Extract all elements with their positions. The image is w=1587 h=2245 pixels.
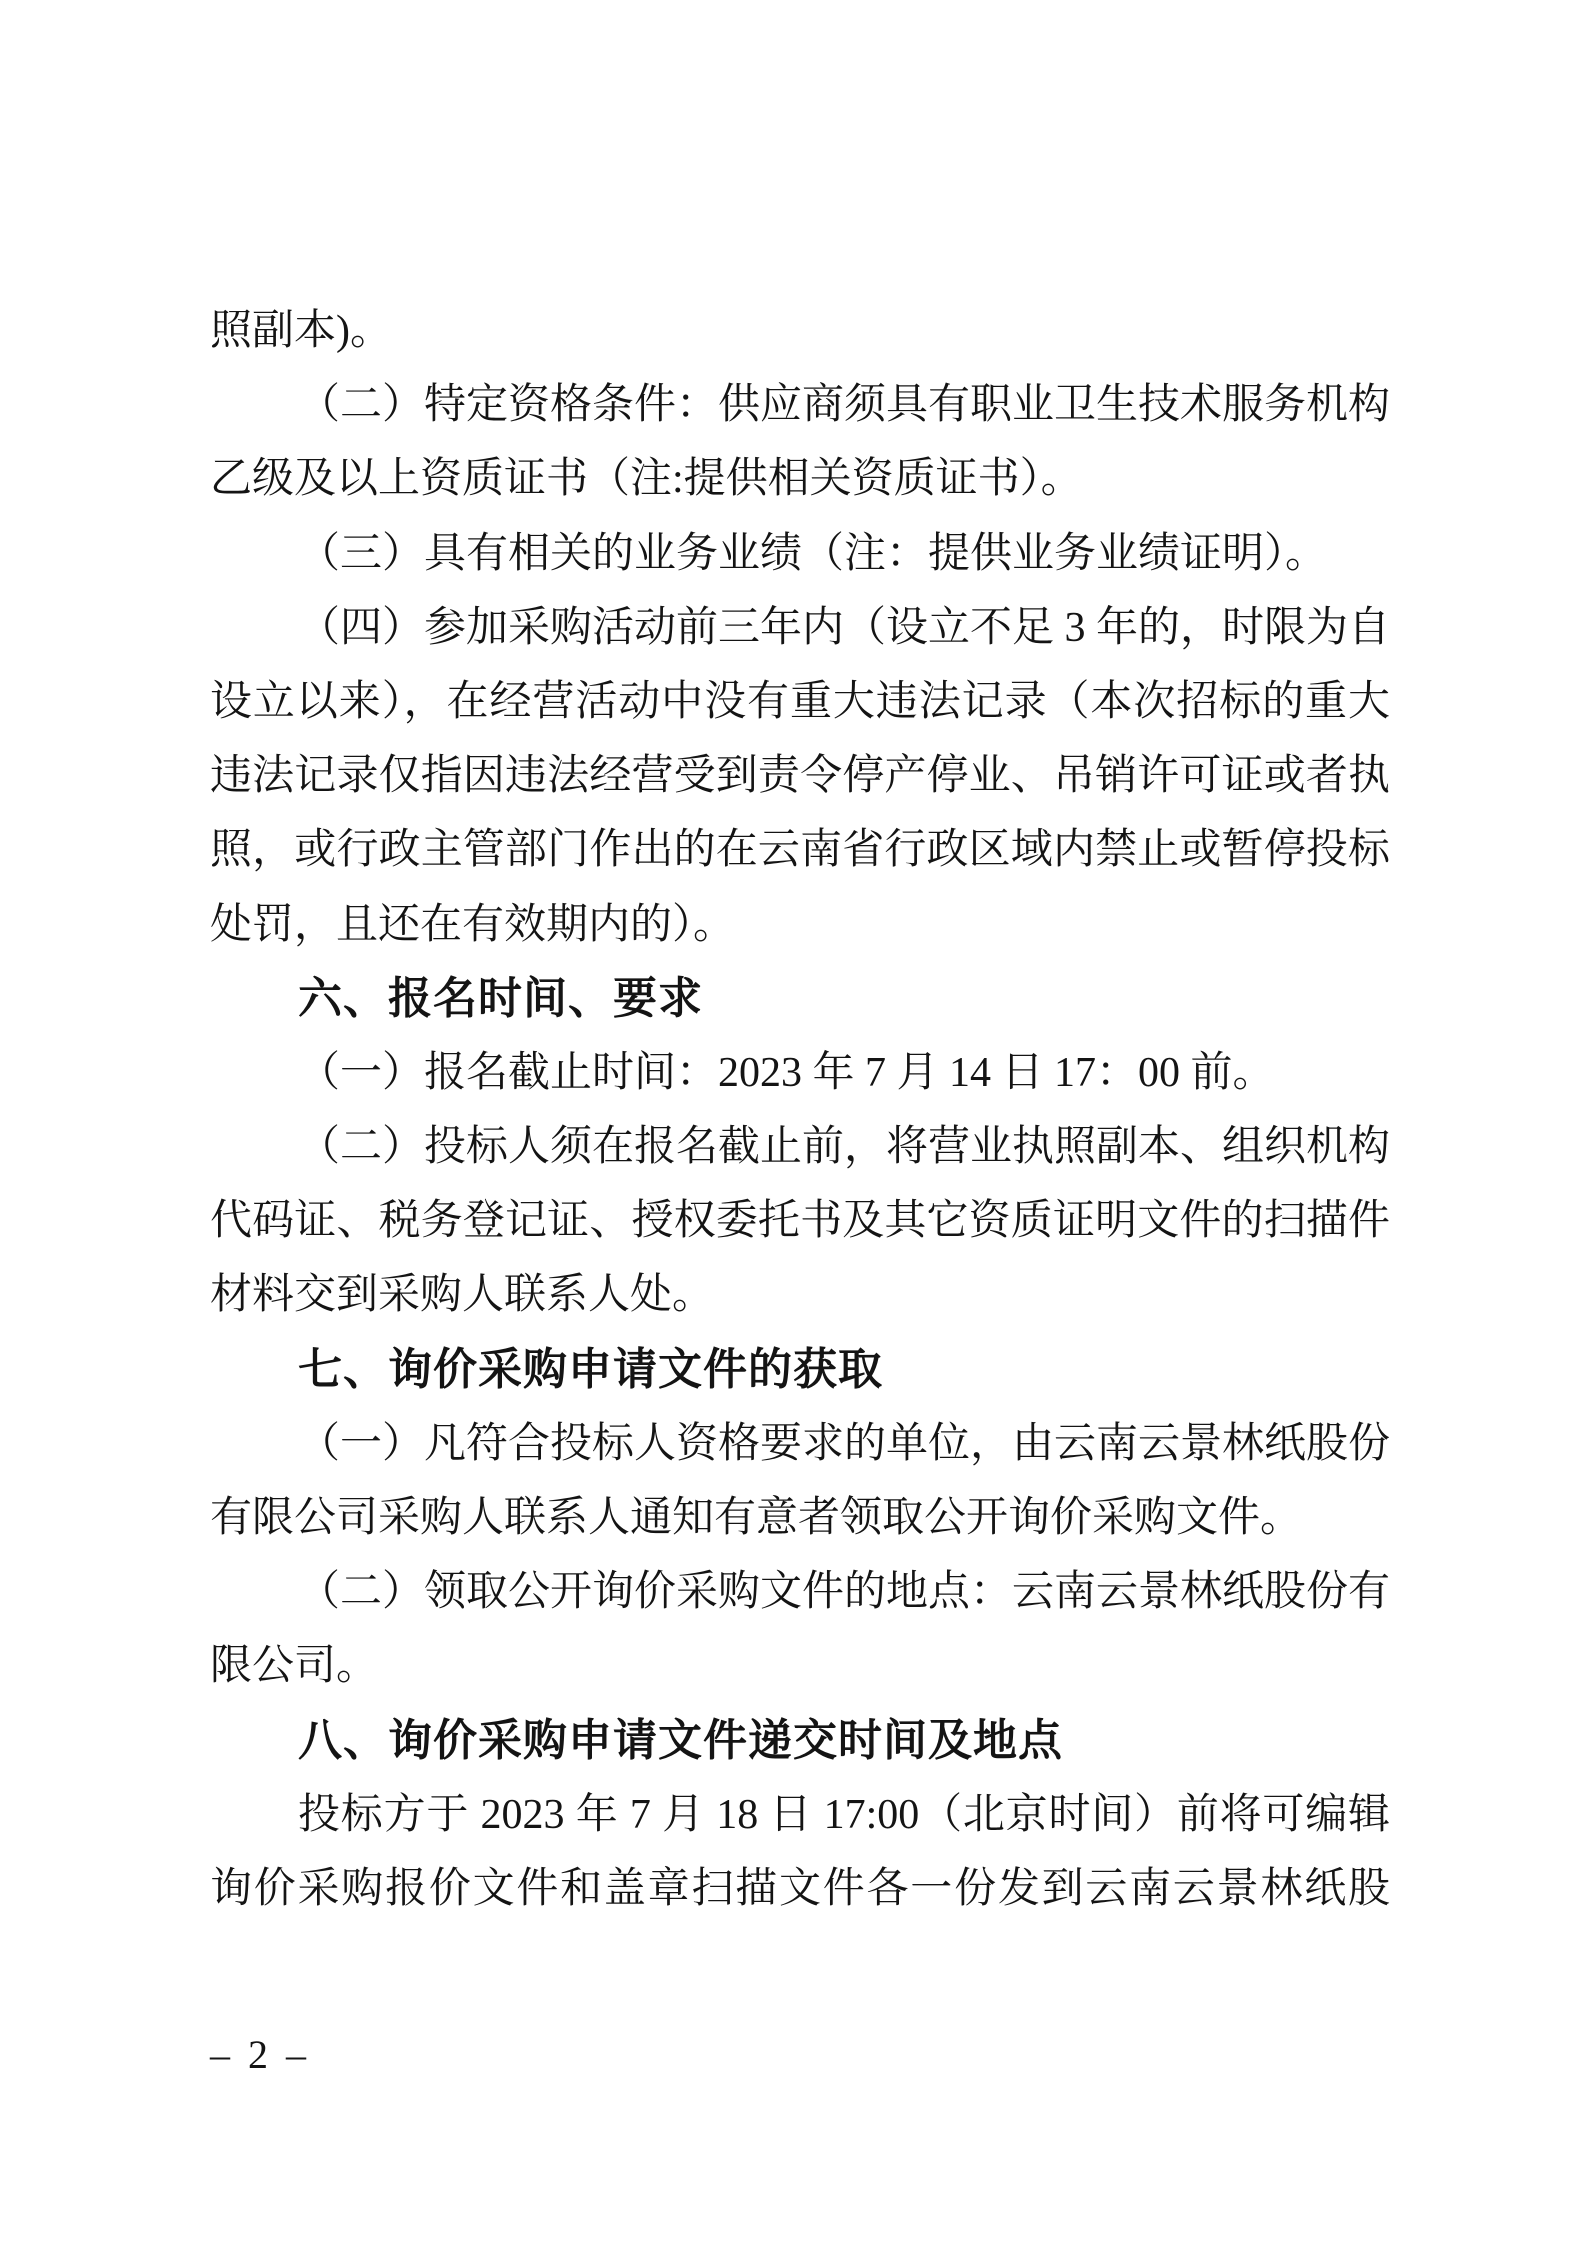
text-line: （一）报名截止时间：2023 年 7 月 14 日 17：00 前。 <box>210 1036 1390 1110</box>
text-line: 材料交到采购人联系人处。 <box>210 1258 1390 1332</box>
text-line: 乙级及以上资质证书（注:提供相关资质证书）。 <box>210 442 1390 516</box>
text-line: （四）参加采购活动前三年内（设立不足 3 年的，时限为自 <box>210 591 1390 665</box>
text-line: 照，或行政主管部门作出的在云南省行政区域内禁止或暂停投标 <box>210 813 1390 887</box>
text-line: 代码证、税务登记证、授权委托书及其它资质证明文件的扫描件 <box>210 1184 1390 1258</box>
text-line: （二）特定资格条件：供应商须具有职业卫生技术服务机构 <box>210 368 1390 442</box>
document-body: 照副本)。（二）特定资格条件：供应商须具有职业卫生技术服务机构乙级及以上资质证书… <box>210 294 1390 1926</box>
text-line: （二）领取公开询价采购文件的地点：云南云景林纸股份有 <box>210 1555 1390 1629</box>
section-heading: 七、询价采购申请文件的获取 <box>210 1333 1390 1407</box>
text-line: 限公司。 <box>210 1629 1390 1703</box>
section-heading: 六、报名时间、要求 <box>210 962 1390 1036</box>
text-line: 投标方于 2023 年 7 月 18 日 17:00（北京时间）前将可编辑 <box>210 1778 1390 1852</box>
text-line: （二）投标人须在报名截止前，将营业执照副本、组织机构 <box>210 1110 1390 1184</box>
text-line: 违法记录仅指因违法经营受到责令停产停业、吊销许可证或者执 <box>210 739 1390 813</box>
text-line: （三）具有相关的业务业绩（注：提供业务业绩证明）。 <box>210 517 1390 591</box>
text-line: 处罚，且还在有效期内的）。 <box>210 888 1390 962</box>
text-line: 询价采购报价文件和盖章扫描文件各一份发到云南云景林纸股 <box>210 1852 1390 1926</box>
text-line: 有限公司采购人联系人通知有意者领取公开询价采购文件。 <box>210 1481 1390 1555</box>
page-number: – 2 – <box>210 2018 306 2092</box>
text-line: 设立以来），在经营活动中没有重大违法记录（本次招标的重大 <box>210 665 1390 739</box>
text-line: 照副本)。 <box>210 294 1390 368</box>
text-line: （一）凡符合投标人资格要求的单位，由云南云景林纸股份 <box>210 1407 1390 1481</box>
section-heading: 八、询价采购申请文件递交时间及地点 <box>210 1704 1390 1778</box>
document-page: 照副本)。（二）特定资格条件：供应商须具有职业卫生技术服务机构乙级及以上资质证书… <box>0 0 1587 2245</box>
